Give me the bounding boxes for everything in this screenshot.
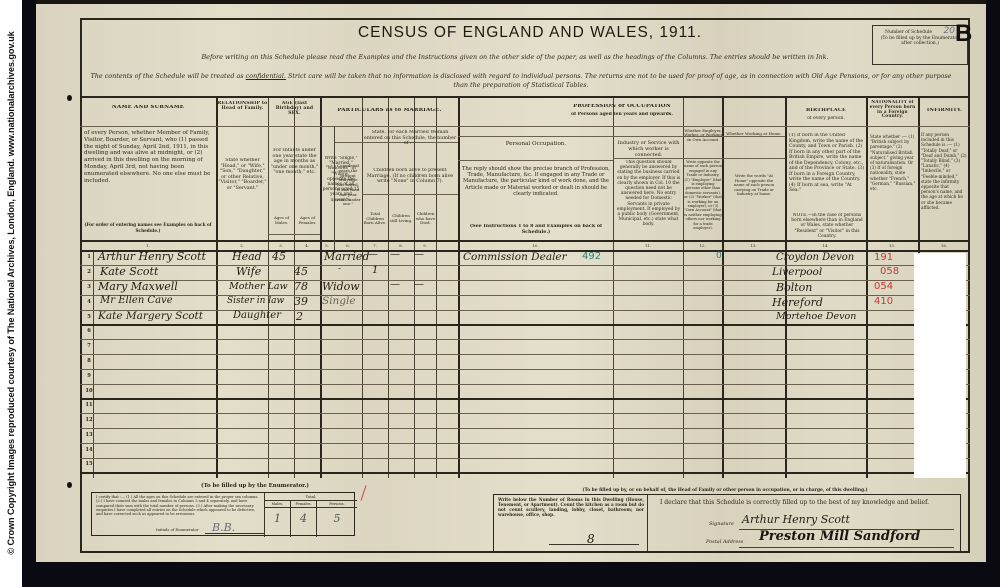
persons-total: 5 [317,512,357,525]
birthplace-code: 191 [874,252,893,263]
redaction-patch [914,253,966,478]
males-label: Males. [265,501,290,508]
col-number: 7. [362,243,388,248]
col-header-profession: PROFESSION or OCCUPATION [459,104,785,110]
schedule-number-note: (To be filled up by the Enumerator after… [877,36,963,47]
person-relationship: Wife [236,265,261,278]
col-note-personal-occupation: (See Instructions 1 to 8 and Examples on… [462,224,610,235]
head-of-family-box: Write below the Number of Rooms in this … [493,494,961,552]
row-number: 10 [83,388,95,394]
person-name: Mary Maxwell [98,280,178,293]
col-header-ages-females: Ages of Females. [295,216,320,225]
row-number: 8 [83,358,95,364]
age-female: 2 [296,310,303,323]
person-name: Kate Scott [100,265,158,278]
col-desc-relationship: State whether "Head," or "Wife," "Son," … [218,158,267,192]
col-header-relationship: RELATIONSHIP to Head of Family. [217,101,268,111]
person-name: Kate Margery Scott [98,310,203,322]
birthplace: Mortehoe Devon [776,311,856,322]
copyright-strip: © Crown Copyright Images reproduced cour… [0,0,22,587]
birthplace: Croydon Devon [776,252,854,263]
col-number: 6. [334,243,362,248]
initials-value: B.B. [212,521,235,534]
birthplace: Liverpool [772,266,822,278]
col-number: 12. [683,243,722,248]
col-header-working-at-home: Whether Working at Home. [723,132,785,137]
enumerator-box: I certify that :— (1.) All the ages on t… [91,492,355,536]
col-note-name: (For order of entering names see Example… [82,222,214,233]
col-number: 1. [80,243,216,248]
children-total: — [390,279,400,290]
row-number: 15 [83,461,95,467]
birthplace-code: 058 [880,266,899,277]
row-number: 3 [83,284,95,290]
children-total: — [390,249,400,260]
schedule-number-value: 20 [944,26,955,36]
row-number: 7 [83,343,95,349]
punch-hole [67,95,72,101]
birthplace: Bolton [776,281,812,294]
age-female: 39 [294,295,308,308]
person-relationship: Mother Law [229,281,288,292]
instruction-text: Before writing on this Schedule please r… [190,53,840,61]
person-name: Arthur Henry Scott [98,250,206,263]
col-header-employer-status: Whether Employer, Worker, or Working on … [684,129,722,142]
col-desc-employer-status: Write opposite the name of each person e… [684,160,722,231]
persons-label: Persons. [317,501,357,508]
col-number: 4. [294,243,320,248]
col-note-birthplace: NOTE.—In the case of persons born elsewh… [789,213,865,239]
person-relationship: Daughter [233,310,281,321]
totals-header: Total. [265,493,357,501]
birthplace-code: 054 [874,281,893,292]
col-number: 2. [216,243,268,248]
col-header-ages-males: Ages of Males. [269,216,294,225]
scan-border-left [22,0,36,587]
col-number: 3. [268,243,294,248]
marital-status: Single [322,295,356,307]
scan-border-right [986,0,1000,587]
col-number: 13. [722,243,785,248]
col-desc-name: of every Person, whether Member of Famil… [84,130,214,184]
postal-address-value: Preston Mill Sandford [759,529,920,544]
col-desc-nationality: State whether :— (1) "British subject by… [870,134,917,191]
signature-label: Signature [709,521,734,527]
person-relationship: Head [232,250,262,263]
col-number: 14. [785,243,866,248]
col-number: 16. [918,243,970,248]
col-number: 11. [613,243,683,248]
divider [647,495,648,551]
col-header-completed-years: Completed years the present Marriage has… [335,164,361,207]
row-number: 13 [83,432,95,438]
col-header-children-died: Children who have Died. [415,212,436,226]
col-desc-infirmity: If any person included in this Schedule … [921,132,968,210]
marital-status: - [338,264,341,274]
years-married: 1 [372,265,378,276]
col-header-name: NAME AND SURNAME [80,105,216,111]
confidential-notice: The contents of the Schedule will be tre… [86,72,956,90]
scan-border-top [36,0,986,4]
row-number: 1 [83,254,95,260]
head-of-family-caption: (To be filled up by, or on behalf of, th… [490,488,960,493]
page-title: CENSUS OF ENGLAND AND WALES, 1911. [330,24,730,42]
col-header-children-living: Children still Living. [389,214,413,223]
children-living: — [414,279,424,290]
declaration-text: I declare that this Schedule is correctl… [660,499,929,506]
col-header-marriage: PARTICULARS as to MARRIAGE. [321,108,458,114]
females-total: 4 [291,512,316,525]
age-female: 45 [294,265,308,278]
row-number: 6 [83,328,95,334]
row-number: 5 [83,314,95,320]
initials-label: Initials of Enumerator [156,527,199,532]
age-female: 78 [294,280,308,293]
scan-border-bottom [36,562,1000,587]
birthplace: Hereford [772,296,823,309]
marital-status: Widow [322,280,360,293]
rooms-instruction: Write below the Number of Rooms in this … [498,497,644,517]
col-header-age: AGE (last Birthday) and SEX. [269,101,320,116]
enumerator-caption: (To be filled up by the Enumerator.) [165,483,345,489]
occupation: Commission Dealer [463,251,567,263]
children-living: — [414,249,424,260]
row-number: 14 [83,447,95,453]
copyright-text: © Crown Copyright Images reproduced cour… [6,31,16,554]
col-desc-age: For Infants under one year state the age… [270,148,319,176]
years-married: — [368,249,378,260]
occupation-code: 492 [582,251,601,262]
col-header-birthplace: BIRTHPLACE [786,108,866,114]
col-desc-married-woman: State, for each Married Woman entered on… [363,130,457,147]
age-male: 45 [272,250,286,263]
col-number: 9. [414,243,436,248]
schedule-number-label: Number of Schedule [885,30,932,36]
row-number: 2 [83,269,95,275]
person-name: Mr Ellen Cave [100,295,173,306]
punch-hole [67,482,72,488]
person-relationship: Sister in law [227,296,284,306]
males-total: 1 [265,512,290,525]
employer-status: 0 [716,251,722,261]
females-label: Females. [291,501,316,508]
birthplace-code: 410 [874,296,893,307]
enumerator-certification: I certify that :— (1.) All the ages on t… [96,495,262,516]
row-number: 9 [83,373,95,379]
col-desc-birthplace: (1) If born in the United Kingdom, write… [789,133,865,194]
row-number: 4 [83,299,95,305]
col-desc-children: Children born alive to present Marriage.… [363,168,457,185]
col-desc-working-at-home: Write the words "At Home" opposite the n… [730,174,778,197]
form-letter: B [955,20,972,48]
row-number: 12 [83,417,95,423]
col-number: 10. [458,243,613,248]
col-number: 5. [320,243,334,248]
marital-status: Married [324,250,369,263]
col-number: 8. [388,243,414,248]
totals-table: Total. Males. 1 Females. 4 Persons. 5 [264,493,356,537]
schedule-number-box: Number of Schedule 20 (To be filled up b… [872,25,968,65]
rooms-count: 8 [587,532,595,546]
col-subheader-profession: of Persons aged ten years and upwards. [459,112,785,118]
col-subheader-birthplace: of every person. [786,116,866,122]
col-header-personal-occupation: Personal Occupation. [459,141,613,148]
col-header-infirmity: INFIRMITY. [919,108,970,114]
col-header-industry: Industry or Service with which worker is… [614,140,683,158]
col-desc-industry: This question should generally be answer… [615,160,682,228]
col-desc-personal-occupation: The reply should show the precise branch… [462,166,610,197]
signature-value: Arthur Henry Scott [742,513,850,526]
postal-address-label: Postal Address [706,539,743,545]
col-header-nationality: NATIONALITY of every Person born in a Fo… [867,100,918,119]
col-header-total-children: Total Children Born Alive. [363,212,387,226]
row-number: 11 [83,402,95,408]
col-number: 15. [866,243,918,248]
household-table: NAME AND SURNAME of every Person, whethe… [80,96,970,476]
postal-address-line [739,547,954,548]
